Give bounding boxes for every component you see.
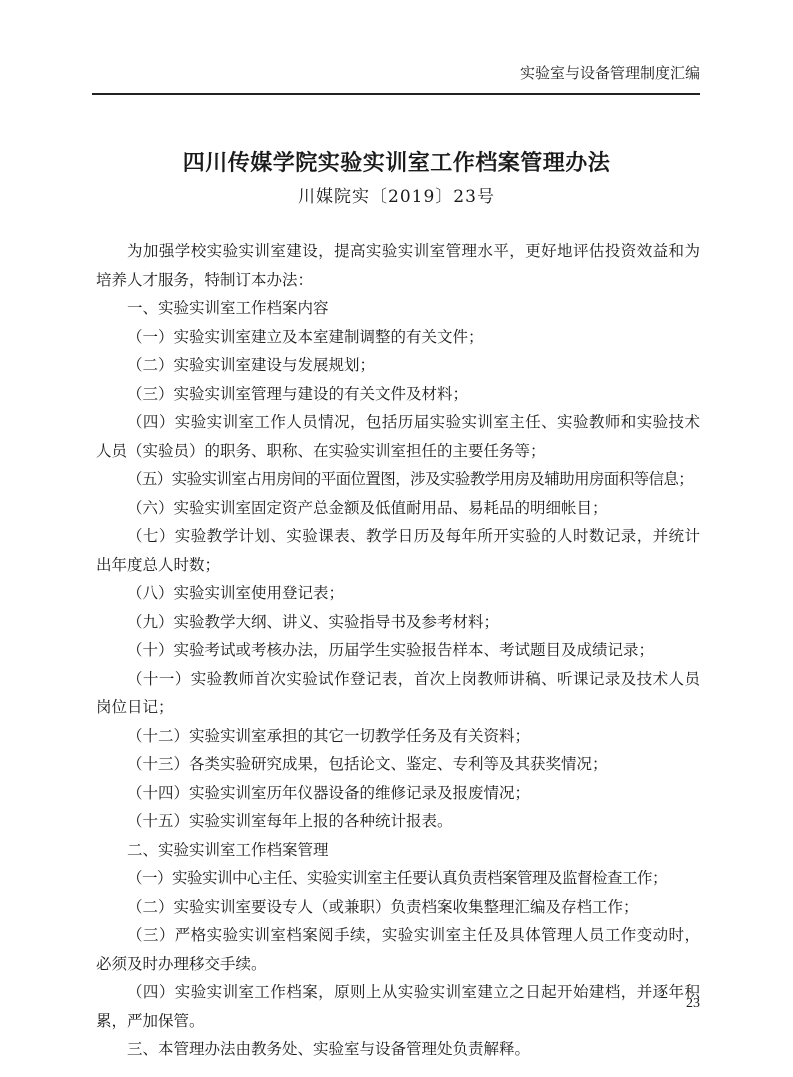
list-item: （十五）实验实训室每年上报的各种统计报表。 (96, 807, 700, 836)
list-item: （八）实验实训室使用登记表； (96, 579, 700, 608)
list-item: （一）实验实训中心主任、实验实训室主任要认真负责档案管理及监督检查工作； (96, 864, 700, 893)
section-heading-2: 二、实验实训室工作档案管理 (96, 836, 700, 865)
list-item: （四）实验实训室工作人员情况，包括历届实验实训室主任、实验教师和实验技术人员（实… (96, 408, 700, 465)
section-heading-1: 一、实验实训室工作档案内容 (96, 294, 700, 323)
list-item: （九）实验教学大纲、讲义、实验指导书及参考材料； (96, 608, 700, 637)
document-body: 为加强学校实验实训室建设，提高实验实训室管理水平，更好地评估投资效益和为培养人才… (96, 237, 700, 1064)
intro-paragraph: 为加强学校实验实训室建设，提高实验实训室管理水平，更好地评估投资效益和为培养人才… (96, 237, 700, 294)
list-item: （十四）实验实训室历年仪器设备的维修记录及报废情况； (96, 779, 700, 808)
list-item: （二）实验实训室要设专人（或兼职）负责档案收集整理汇编及存档工作； (96, 893, 700, 922)
list-item: （一）实验实训室建立及本室建制调整的有关文件； (96, 323, 700, 352)
list-item: （二）实验实训室建设与发展规划； (96, 351, 700, 380)
list-item: （三）严格实验实训室档案阅手续，实验实训室主任及具体管理人员工作变动时，必须及时… (96, 921, 700, 978)
list-item: （三）实验实训室管理与建设的有关文件及材料； (96, 380, 700, 409)
page-number: 23 (600, 994, 700, 1014)
document-number: 川媒院实〔2019〕23号 (0, 184, 793, 210)
running-header: 实验室与设备管理制度汇编 (92, 62, 700, 84)
list-item: （十二）实验实训室承担的其它一切教学任务及有关资料； (96, 722, 700, 751)
document-title: 四川传媒学院实验实训室工作档案管理办法 (0, 148, 793, 178)
list-item: （十三）各类实验研究成果，包括论文、鉴定、专利等及其获奖情况； (96, 750, 700, 779)
list-item: （六）实验实训室固定资产总金额及低值耐用品、易耗品的明细帐目； (96, 494, 700, 523)
list-item: （十一）实验教师首次实验试作登记表，首次上岗教师讲稿、听课记录及技术人员岗位日记… (96, 665, 700, 722)
header-rule (92, 93, 700, 95)
section-heading-3: 三、本管理办法由教务处、实验室与设备管理处负责解释。 (96, 1035, 700, 1064)
list-item: （十）实验考试或考核办法，历届学生实验报告样本、考试题目及成绩记录； (96, 636, 700, 665)
list-item: （五）实验实训室占用房间的平面位置图，涉及实验教学用房及辅助用房面积等信息； (96, 465, 700, 494)
list-item: （七）实验教学计划、实验课表、教学日历及每年所开实验的人时数记录，并统计出年度总… (96, 522, 700, 579)
